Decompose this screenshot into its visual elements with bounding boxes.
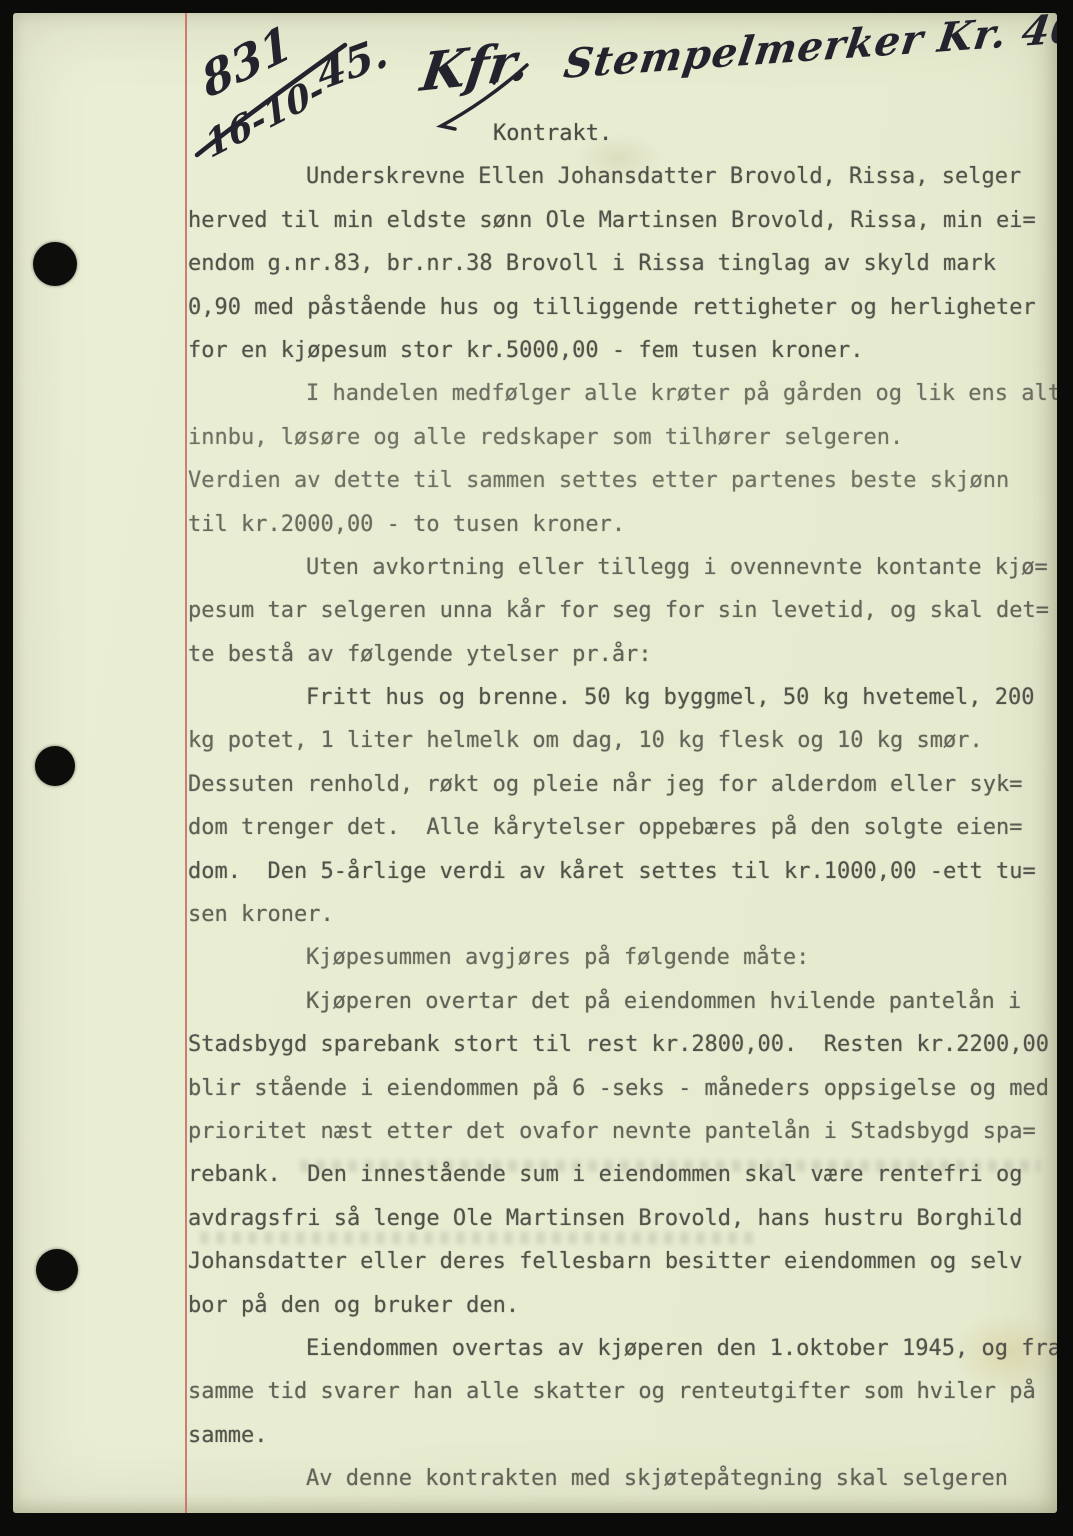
paper-sheet: 831 16-10- 45. Kfr. Stempelmerker Kr. 40… [13, 13, 1057, 1513]
typed-line: Kjøpesummen avgjøres på følgende måte: [188, 936, 1057, 979]
typed-line: endom g.nr.83, br.nr.38 Brovoll i Rissa … [188, 242, 1057, 285]
typed-line: te bestå av følgende ytelser pr.år: [188, 633, 1057, 676]
punch-hole [35, 746, 75, 786]
stamp-fee-text: Stempelmerker Kr. 40, [561, 13, 1057, 88]
typed-line: blir stående i eiendommen på 6 -seks - m… [188, 1067, 1057, 1110]
typed-line: rebank. Den innestående sum i eiendommen… [188, 1153, 1057, 1196]
typed-line: dom trenger det. Alle kårytelser oppebær… [188, 806, 1057, 849]
typed-line: bor på den og bruker den. [188, 1284, 1057, 1327]
typed-line: dom. Den 5-årlige verdi av kåret settes … [188, 850, 1057, 893]
contract-title: Kontrakt. [188, 112, 1057, 155]
date-year-annotation: 45. [313, 27, 392, 100]
typed-line: avdragsfri så lenge Ole Martinsen Brovol… [188, 1197, 1057, 1240]
typed-line: prioritet næst etter det ovafor nevnte p… [188, 1110, 1057, 1153]
typed-line: samme. [188, 1414, 1057, 1457]
typed-line: herved til min eldste sønn Ole Martinsen… [188, 199, 1057, 242]
typed-line: 0,90 med påstående hus og tilliggende re… [188, 286, 1057, 329]
typed-text: Kontrakt. Underskrevne Ellen Johansdatte… [188, 112, 1057, 1501]
red-margin-line [185, 13, 187, 1513]
typed-line: Fritt hus og brenne. 50 kg byggmel, 50 k… [188, 676, 1057, 719]
punch-hole [36, 1249, 78, 1291]
typed-line: Verdien av dette til sammen settes etter… [188, 459, 1057, 502]
typed-line: Kjøperen overtar det på eiendommen hvile… [188, 980, 1057, 1023]
typed-line: Underskrevne Ellen Johansdatter Brovold,… [188, 155, 1057, 198]
typed-line: for en kjøpesum stor kr.5000,00 - fem tu… [188, 329, 1057, 372]
typed-line: innbu, løsøre og alle redskaper som tilh… [188, 416, 1057, 459]
typed-line: sen kroner. [188, 893, 1057, 936]
punch-hole [33, 242, 77, 286]
typed-line: Stadsbygd sparebank stort til rest kr.28… [188, 1023, 1057, 1066]
typed-line: til kr.2000,00 - to tusen kroner. [188, 503, 1057, 546]
stamp-fee-annotation: Stempelmerker Kr. 40,00 [561, 13, 1057, 88]
typed-line: Uten avkortning eller tillegg i ovennevn… [188, 546, 1057, 589]
typed-line: I handelen medfølger alle krøter på gård… [188, 372, 1057, 415]
typed-line: Av denne kontrakten med skjøtepåtegning … [188, 1457, 1057, 1500]
typed-line: Dessuten renhold, røkt og pleie når jeg … [188, 763, 1057, 806]
typed-line: samme tid svarer han alle skatter og ren… [188, 1370, 1057, 1413]
typed-line: Johansdatter eller deres fellesbarn besi… [188, 1240, 1057, 1283]
typed-line: Eiendommen overtas av kjøperen den 1.okt… [188, 1327, 1057, 1370]
kfr-annotation: Kfr. [417, 30, 533, 104]
typed-line: pesum tar selgeren unna kår for seg for … [188, 589, 1057, 632]
typed-line: kg potet, 1 liter helmelk om dag, 10 kg … [188, 719, 1057, 762]
scanned-page: 831 16-10- 45. Kfr. Stempelmerker Kr. 40… [0, 0, 1073, 1536]
